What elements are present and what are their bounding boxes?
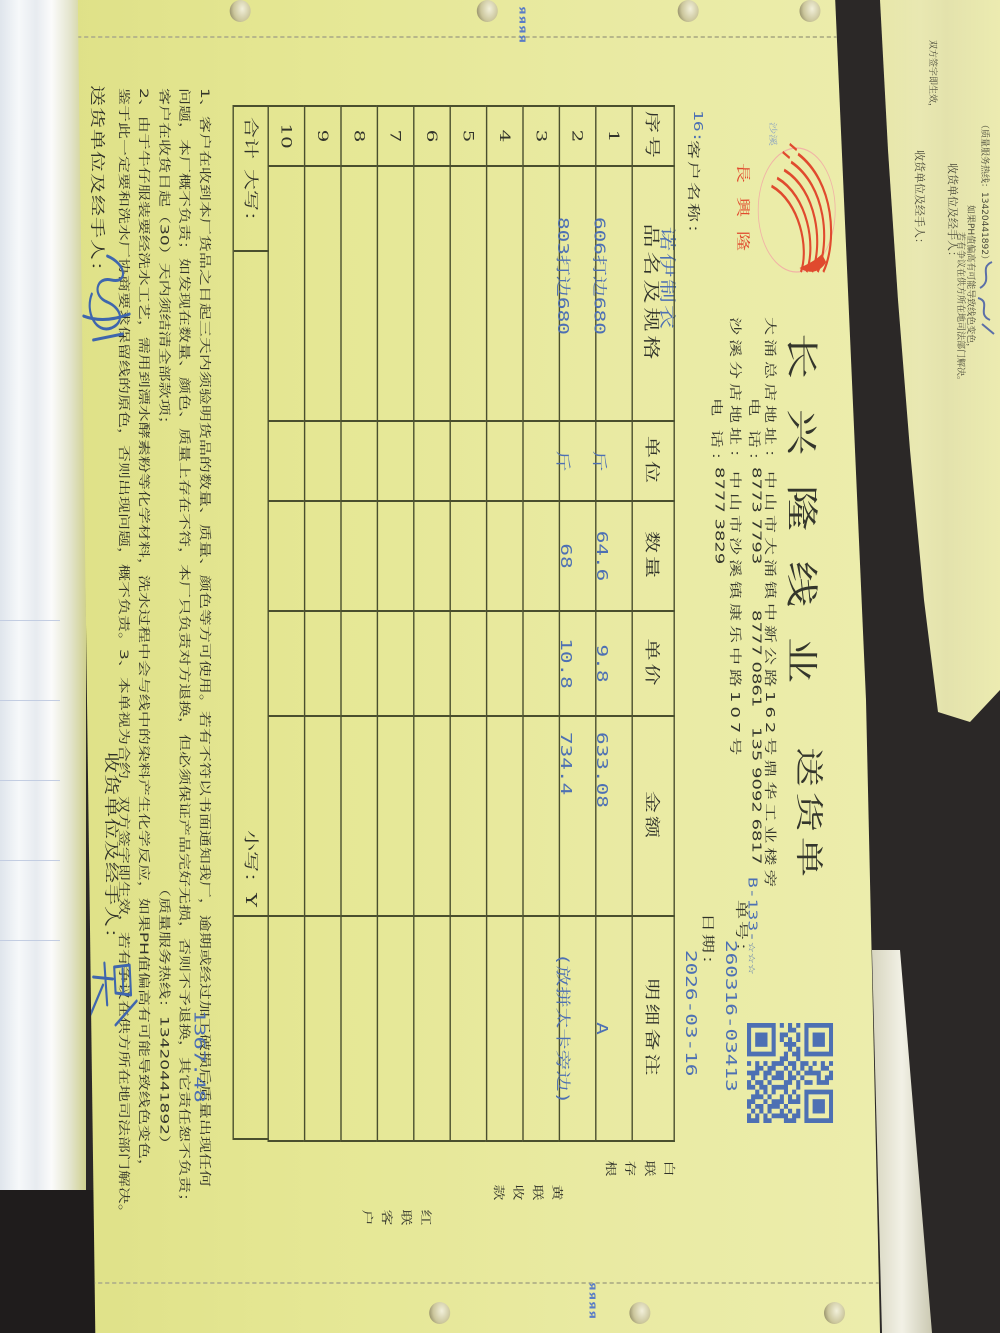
paper-stack-left (0, 0, 86, 1240)
head-office-label: 大涌总店地址： (762, 317, 777, 471)
table-row: 4 (487, 106, 523, 1141)
amount-cell (268, 716, 304, 916)
head-office-phone: 8773 7793 (749, 467, 764, 564)
qr-code (747, 1023, 833, 1123)
brand-logo-text: 長興隆 (734, 163, 754, 265)
feed-hole (629, 1302, 650, 1324)
brand-logo-icon (753, 130, 841, 280)
product-cell (268, 166, 304, 421)
notes-cell (487, 916, 523, 1141)
customer-code: 16: (690, 110, 705, 143)
total-uppercase-label: 大写： (234, 169, 269, 252)
customer-name-label: 客户名称： (685, 140, 704, 245)
total-lowercase-label: 小写：Y (234, 252, 269, 917)
price-cell (487, 611, 523, 716)
col-header-quantity: 数量 (632, 501, 674, 611)
background-terms-fragment: 双方签字即生效， (927, 40, 940, 112)
amount-cell (523, 716, 559, 916)
unit-cell (414, 421, 450, 501)
order-number-value: B-133-☆☆☆ (745, 877, 760, 975)
unit-cell (523, 421, 559, 501)
col-header-unit: 单位 (632, 421, 674, 501)
feed-hole (477, 0, 498, 22)
head-office-phone-label: 电 话： (746, 398, 764, 474)
quantity-cell (414, 501, 450, 611)
col-header-unit-price: 单价 (632, 611, 674, 716)
ruled-line (0, 780, 60, 781)
product-cell: 803打边680 (559, 166, 595, 421)
perforation-line (70, 1282, 880, 1284)
product-cell: 606打边680 (596, 166, 632, 421)
col-header-notes: 明细备注 (632, 916, 674, 1141)
price-cell (523, 611, 559, 716)
branch-office-phone: 8777 3829 (712, 467, 727, 564)
head-office-phone: 8777 0861 (749, 610, 764, 707)
total-row: 合计 大写： 小写：Y (233, 105, 269, 1140)
background-terms-fragment: 若有争议在供方所在地司法部门解决。 (955, 232, 968, 385)
row-number: 6 (414, 106, 450, 166)
branch-office-phone-label: 电 话： (709, 398, 727, 474)
copy-label-red: 红联客户 (354, 1205, 432, 1228)
notes-cell (305, 916, 341, 1141)
quantity-cell (487, 501, 523, 611)
table-row: 9 (305, 106, 341, 1141)
delivery-note-sheet: ЯЯЯЯ ЯЯЯЯ 長興隆 沙溪 长兴隆线业 送货单 大涌总店地址：中山市大涌镇… (70, 0, 880, 1333)
branch-office-address: 沙溪分店地址：中山市沙溪镇康乐中路107号 (727, 317, 745, 759)
amount-cell (305, 716, 341, 916)
background-terms-fragment: （质量服务热线：13420441892） (979, 120, 992, 264)
head-office-address: 大涌总店地址：中山市大涌镇中新公路162号鼎华工业楼旁 (762, 317, 780, 891)
quantity-cell (523, 501, 559, 611)
row-number: 9 (305, 106, 341, 166)
total-amount: 1367.48 (191, 1010, 209, 1103)
table-row: 3 (523, 106, 559, 1141)
ruled-line (0, 860, 60, 861)
price-cell (414, 611, 450, 716)
product-cell (487, 166, 523, 421)
perforated-tear-strip (872, 950, 932, 1333)
feed-hole (800, 0, 821, 22)
price-cell: 9.8 (596, 611, 632, 716)
price-cell (268, 611, 304, 716)
unit-cell: 斤 (559, 421, 595, 501)
quantity-value: 64.6 (594, 502, 611, 610)
notes-cell: A (596, 916, 632, 1141)
sender-signature-icon (81, 250, 136, 345)
table-row: 10 (268, 106, 304, 1141)
quality-hotline: （质量服务热线：13420441892） (157, 880, 175, 1152)
document-title: 送货单 (791, 747, 831, 882)
perforation-line (70, 36, 880, 38)
unit-cell (487, 421, 523, 501)
quantity-cell: 68 (559, 501, 595, 611)
row-number: 4 (487, 106, 523, 166)
terms-line: 客户在收货日起（30）天内须结清全部款项； (157, 88, 175, 433)
col-header-product: 品名及规格 (632, 166, 674, 421)
product-cell (523, 166, 559, 421)
serial-number-value: 260316-03413 (723, 940, 740, 1092)
company-name: 长兴隆线业 (781, 333, 827, 713)
product-cell (414, 166, 450, 421)
row-number: 8 (341, 106, 377, 166)
receiver-signature-label: 收货单位及经手人： (102, 752, 123, 950)
table-header-row: 序号 品名及规格 单位 数量 单价 金额 明细备注 (632, 106, 674, 1141)
unit-cell: 斤 (596, 421, 632, 501)
printed-date: 2026-03-16 (683, 950, 700, 1076)
feed-mark: ЯЯЯЯ (517, 6, 526, 44)
total-notes-cell (234, 917, 269, 1138)
overprint-mark: 沙溪 (767, 122, 779, 146)
table-row: 7 (377, 106, 413, 1141)
feed-mark: ЯЯЯЯ (587, 1282, 596, 1320)
head-office-mobile: 135 9092 6817 (749, 727, 764, 864)
col-header-index: 序号 (632, 106, 674, 166)
notes-cell (414, 916, 450, 1141)
row-number: 10 (268, 106, 304, 166)
row-number: 7 (377, 106, 413, 166)
unit-cell (268, 421, 304, 501)
amount-cell (377, 716, 413, 916)
quantity-cell: 64.6 (596, 501, 632, 611)
notes-cell: (放拼太卡旁边) (559, 916, 595, 1141)
product-cell (377, 166, 413, 421)
price-cell (305, 611, 341, 716)
ruled-line (0, 620, 60, 621)
background-signature-icon (972, 258, 998, 338)
total-label: 合计 (234, 107, 269, 169)
quantity-cell (377, 501, 413, 611)
row-number: 3 (523, 106, 559, 166)
feed-hole (429, 1302, 450, 1324)
feed-hole (678, 0, 699, 22)
notes-cell (377, 916, 413, 1141)
unit-cell (305, 421, 341, 501)
row-number: 5 (450, 106, 486, 166)
table-surface-shadow (0, 1190, 110, 1333)
unit-cell (377, 421, 413, 501)
price-cell: 10.8 (559, 611, 595, 716)
quantity-value: 68 (557, 502, 574, 610)
amount-cell (450, 716, 486, 916)
ruled-line (0, 700, 60, 701)
table-row: 5 (450, 106, 486, 1141)
amount-value: 633.08 (594, 732, 611, 808)
table-row: 2 803打边680 斤 68 10.8 734.4 (放拼太卡旁边) (559, 106, 595, 1141)
ruled-line (0, 940, 60, 941)
table-row: 6 (414, 106, 450, 1141)
quantity-cell (268, 501, 304, 611)
amount-value: 734.4 (557, 732, 574, 795)
background-receiver-label: 收货单位及经手人： (912, 150, 928, 249)
notes-cell (341, 916, 377, 1141)
unit-cell (341, 421, 377, 501)
amount-cell (487, 716, 523, 916)
unit-price-value: 9.8 (594, 612, 611, 715)
notes-cell (450, 916, 486, 1141)
price-cell (450, 611, 486, 716)
amount-cell: 633.08 (596, 716, 632, 916)
price-cell (377, 611, 413, 716)
table-row: 8 (341, 106, 377, 1141)
unit-cell (450, 421, 486, 501)
branch-office-label: 沙溪分店地址： (727, 317, 742, 471)
items-table: 序号 品名及规格 单位 数量 单价 金额 明细备注 1 606打边680 斤 6… (268, 105, 675, 1142)
quantity-cell (341, 501, 377, 611)
receiver-signature-icon (88, 955, 144, 1035)
product-cell (341, 166, 377, 421)
feed-hole (824, 1302, 845, 1324)
amount-cell: 734.4 (559, 716, 595, 916)
feed-hole (230, 0, 251, 22)
branch-office-value: 中山市沙溪镇康乐中路107号 (727, 471, 742, 759)
col-header-amount: 金额 (632, 716, 674, 916)
row-number: 1 (596, 106, 632, 166)
copy-label-yellow: 黄联收款 (485, 1180, 563, 1203)
price-cell (341, 611, 377, 716)
table-row: 1 606打边680 斤 64.6 9.8 633.08 A (596, 106, 632, 1141)
notes-cell (523, 916, 559, 1141)
quantity-cell (305, 501, 341, 611)
product-cell (450, 166, 486, 421)
amount-cell (414, 716, 450, 916)
unit-price-value: 10.8 (557, 612, 574, 715)
notes-cell (268, 916, 304, 1141)
product-cell (305, 166, 341, 421)
copy-label-white: 白联存根 (597, 1156, 675, 1179)
row-number: 2 (559, 106, 595, 166)
quantity-cell (450, 501, 486, 611)
head-office-value: 中山市大涌镇中新公路162号鼎华工业楼旁 (762, 471, 777, 891)
date-label: 日期： (699, 913, 718, 976)
note-value: A (594, 917, 611, 1140)
amount-cell (341, 716, 377, 916)
